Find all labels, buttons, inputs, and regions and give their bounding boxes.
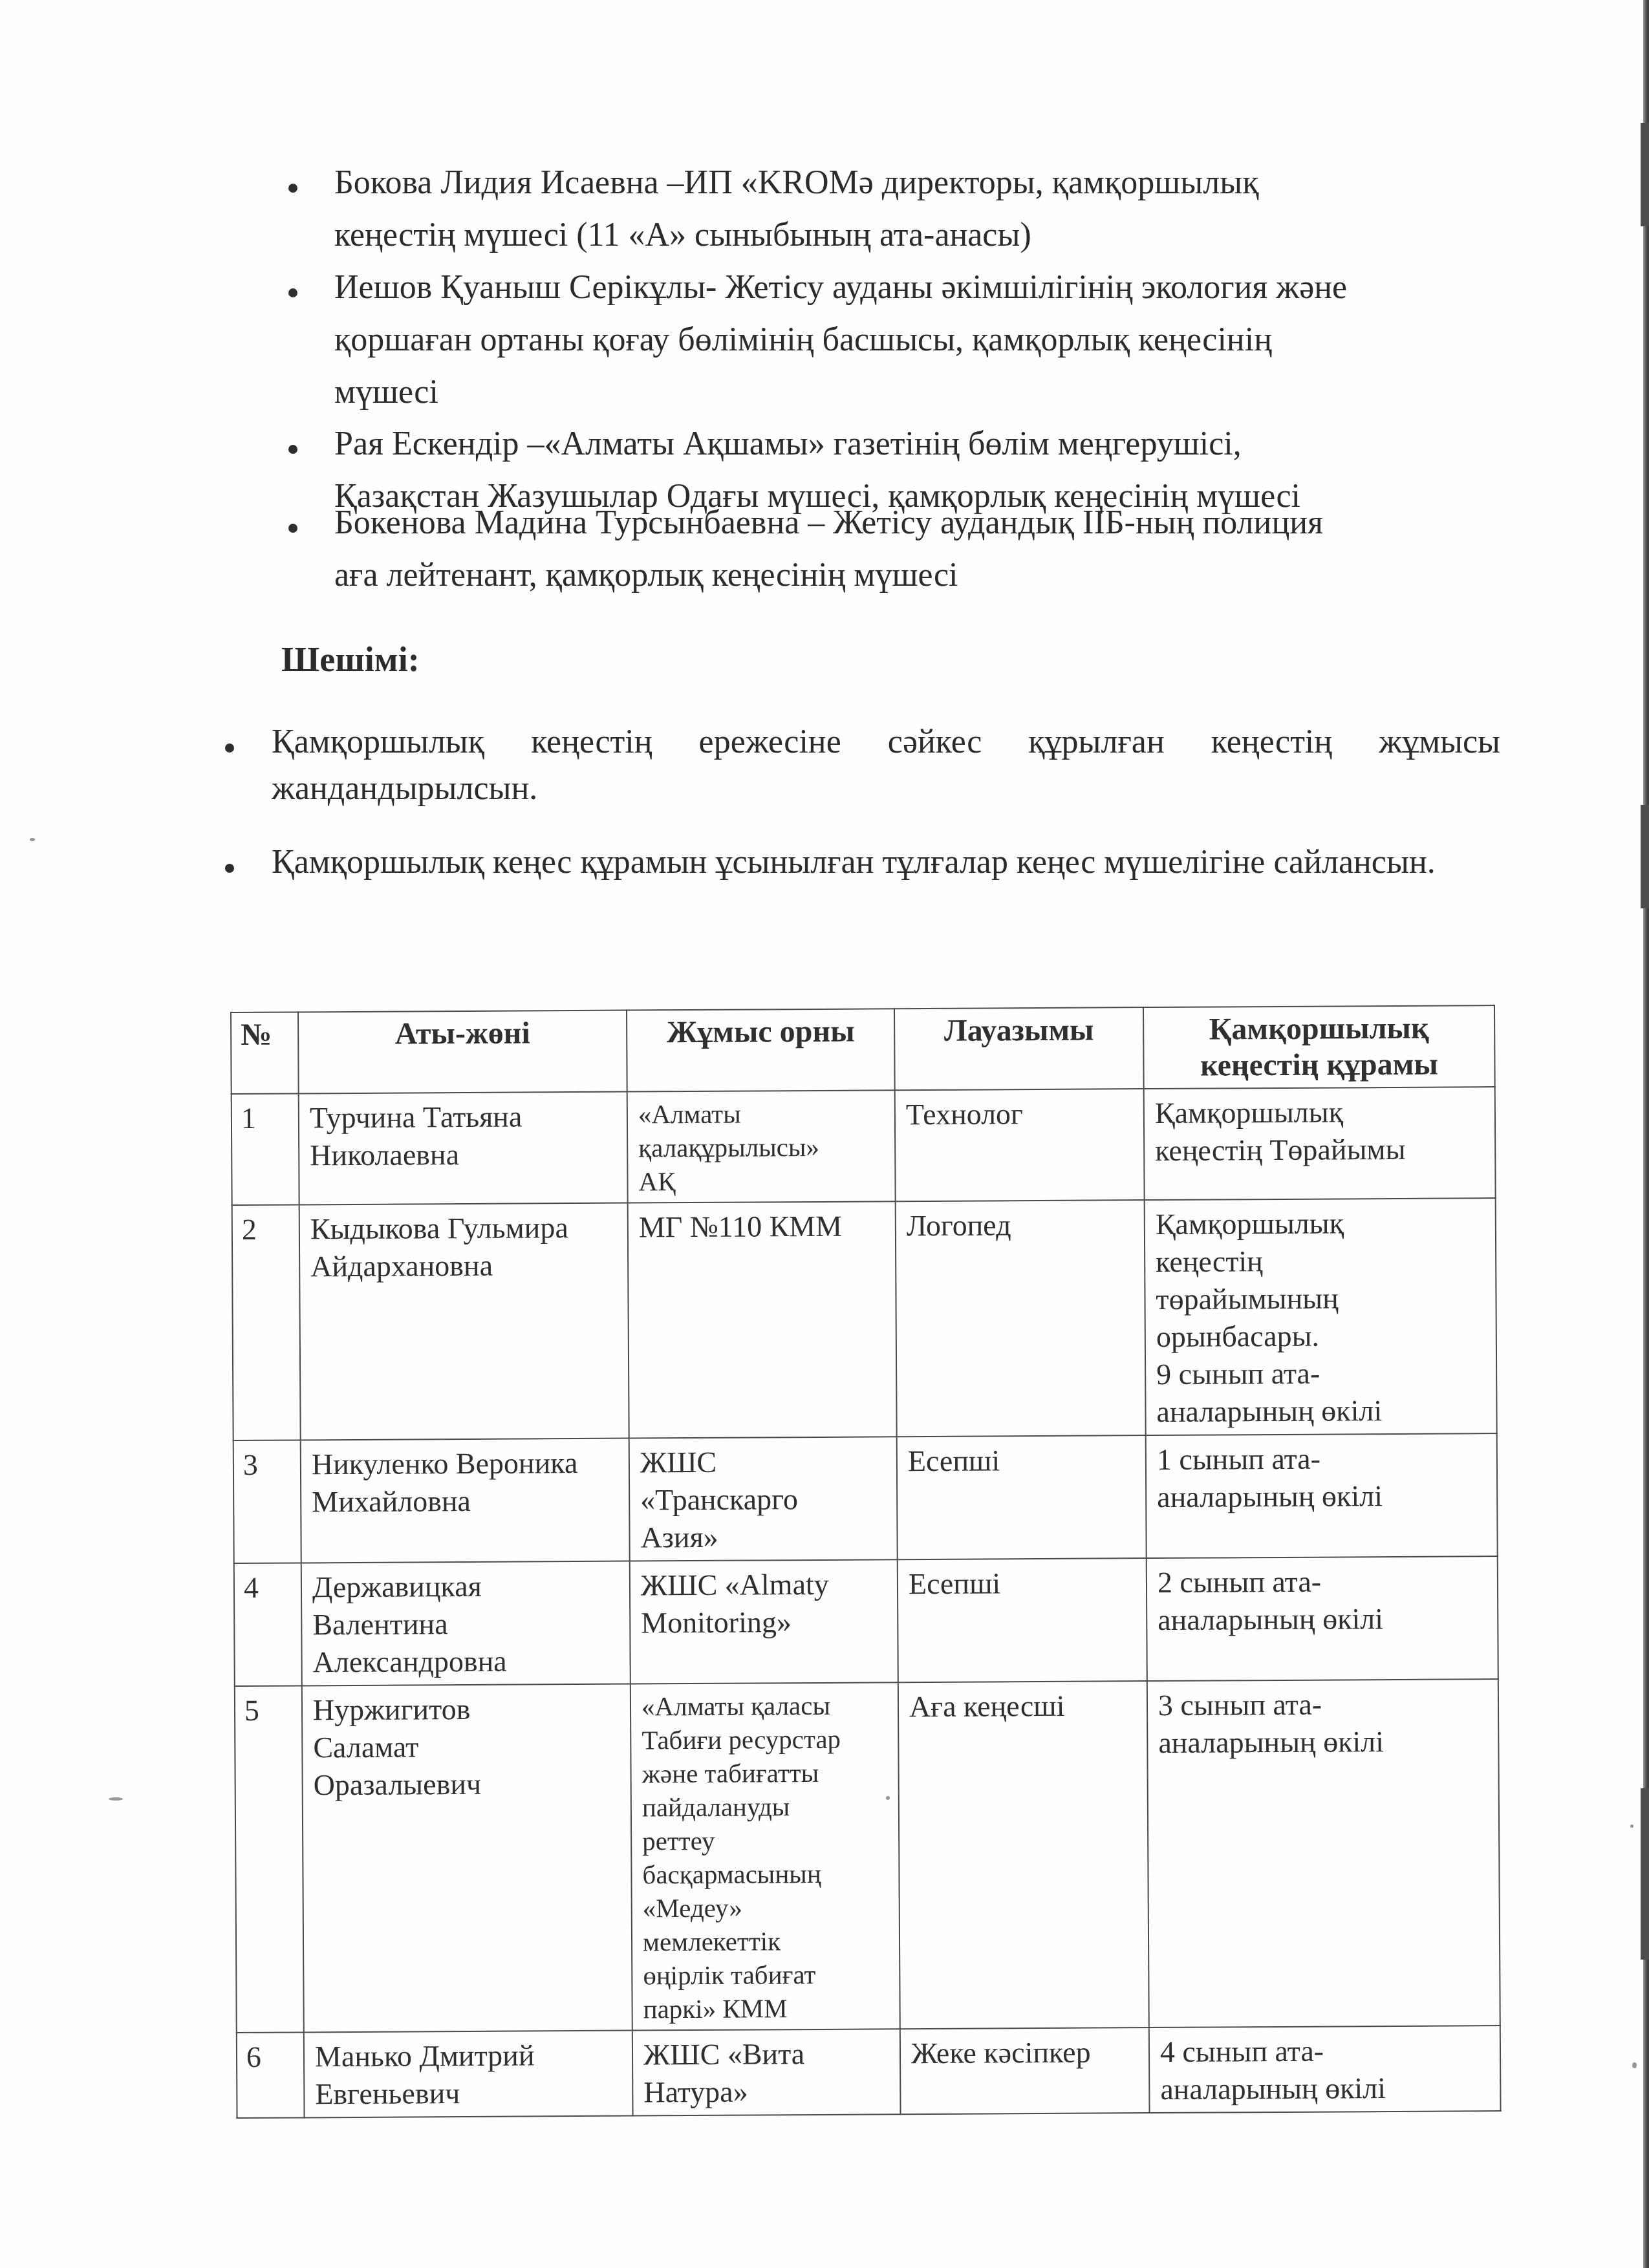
- cell-name: Манько ДмитрийЕвгеньевич: [304, 2031, 633, 2118]
- scan-speck: [1630, 1824, 1633, 1828]
- member-line: аға лейтенант, қамқорлық кеңесінің мүшес…: [334, 549, 1563, 601]
- table-row: 6Манько ДмитрийЕвгеньевичЖШС «ВитаНатура…: [237, 2026, 1501, 2118]
- member-line: кеңестің мүшесі (11 «А» сыныбының ата-ан…: [334, 209, 1563, 261]
- cell-line: 9 сынып ата-: [1156, 1354, 1489, 1393]
- header-number: №: [231, 1012, 299, 1094]
- member-line: Бокенова Мадина Турсынбаевна – Жетісу ау…: [334, 497, 1563, 549]
- header-workplace: Жұмыс орны: [627, 1009, 895, 1091]
- member-line: қоршаған ортаны қоғау бөлімінің басшысы,…: [334, 314, 1563, 366]
- cell-line: Кыдыкова Гульмира: [310, 1209, 621, 1248]
- cell-workplace: МГ №110 КММ: [628, 1201, 897, 1438]
- cell-line: 4 сынып ата-: [1160, 2031, 1493, 2071]
- member-line: Иешов Қуаныш Серікұлы- Жетісу ауданы әкі…: [334, 261, 1563, 314]
- cell-position: Есепші: [897, 1435, 1147, 1559]
- cell-role: Қамқоршылықкеңестіңтөрайымыныңорынбасары…: [1145, 1198, 1497, 1435]
- cell-name: Кыдыкова ГульмираАйдархановна: [299, 1203, 629, 1440]
- cell-line: Monitoring»: [641, 1603, 890, 1642]
- cell-line: және табиғатты: [641, 1755, 891, 1790]
- cell-line: ЖШС «Вита: [643, 2035, 893, 2073]
- cell-role: 3 сынып ата-аналарының өкілі: [1147, 1679, 1500, 2027]
- scan-speck: [109, 1797, 123, 1801]
- member-item: Иешов Қуаныш Серікұлы- Жетісу ауданы әкі…: [334, 261, 1563, 418]
- member-line: Рая Ескендір –«Алматы Ақшамы» газетінің …: [334, 418, 1563, 470]
- cell-line: паркі» КММ: [643, 1991, 892, 2026]
- cell-line: Қамқоршылық: [1156, 1204, 1489, 1243]
- cell-line: аналарының өкілі: [1156, 1391, 1489, 1431]
- decision-item: Қамқоршылық кеңес құрамын ұсынылған тұлғ…: [272, 839, 1500, 886]
- cell-line: Табиғи ресурстар: [641, 1722, 891, 1757]
- table-header-row: № Аты-жөні Жұмыс орны Лауазымы Қамқоршыл…: [231, 1005, 1495, 1094]
- council-table: № Аты-жөні Жұмыс орны Лауазымы Қамқоршыл…: [230, 1005, 1500, 2119]
- cell-line: Турчина Татьяна: [310, 1098, 620, 1137]
- cell-line: 3 сынып ата-: [1158, 1685, 1491, 1724]
- decision-item: Қамқоршылық кеңестің ережесіне сәйкес құ…: [272, 719, 1500, 812]
- cell-line: АҚ: [638, 1163, 888, 1198]
- cell-line: ЖШС: [640, 1442, 890, 1481]
- scan-speck: [1632, 2062, 1637, 2068]
- member-line: Бокова Лидия Исаевна –ИП «KROMә директор…: [334, 156, 1563, 209]
- cell-role: 2 сынып ата-аналарының өкілі: [1147, 1556, 1498, 1681]
- cell-line: 2 сынып ата-: [1158, 1562, 1491, 1601]
- scanner-edge: [1643, 0, 1649, 2268]
- cell-line: Никуленко Вероника: [312, 1444, 622, 1484]
- cell-line: мемлекеттік: [643, 1923, 892, 1958]
- cell-line: Евгеньевич: [315, 2074, 625, 2113]
- cell-line: Манько Дмитрий: [315, 2037, 625, 2076]
- cell-line: МГ №110 КММ: [639, 1207, 889, 1246]
- decision-heading: Шешімі:: [281, 637, 420, 682]
- cell-line: орынбасары.: [1156, 1316, 1489, 1356]
- cell-line: «Медеу»: [643, 1890, 892, 1925]
- cell-line: ЖШС «Almaty: [641, 1565, 890, 1604]
- cell-line: Валентина: [312, 1605, 623, 1644]
- cell-line: өңірлік табиғат: [643, 1957, 892, 1992]
- cell-line: реттеу: [642, 1823, 892, 1857]
- bullet-icon: [288, 524, 297, 533]
- cell-position: Логопед: [896, 1200, 1146, 1437]
- cell-number: 2: [232, 1204, 301, 1440]
- member-item: Бокенова Мадина Турсынбаевна – Жетісу ау…: [334, 497, 1563, 601]
- bullet-icon: [288, 445, 297, 454]
- cell-workplace: ЖШС «ВитаНатура»: [632, 2029, 901, 2115]
- cell-line: Державицкая: [312, 1567, 623, 1607]
- cell-line: «Алматы қаласы: [641, 1688, 891, 1723]
- table-row: 4ДержавицкаяВалентинаАлександровнаЖШС «A…: [234, 1556, 1498, 1686]
- cell-line: 1 сынып ата-: [1157, 1439, 1490, 1479]
- cell-line: Николаевна: [310, 1135, 620, 1175]
- cell-name: ДержавицкаяВалентинаАлександровна: [301, 1561, 630, 1686]
- table-row: 1Турчина ТатьянаНиколаевна«Алматықалақұр…: [232, 1087, 1496, 1205]
- table-row: 5НуржигитовСаламатОразалыевич«Алматы қал…: [235, 1679, 1500, 2033]
- cell-workplace: «Алматықалақұрылысы»АҚ: [627, 1090, 896, 1203]
- cell-number: 5: [235, 1685, 304, 2033]
- cell-role: Қамқоршылықкеңестің Төрайымы: [1144, 1087, 1496, 1200]
- scan-speck: [886, 1796, 890, 1800]
- cell-line: аналарының өкілі: [1157, 1477, 1490, 1516]
- bullet-icon: [225, 864, 234, 873]
- cell-position: Технолог: [895, 1089, 1145, 1201]
- cell-workplace: ЖШС«ТранскаргоАзия»: [629, 1437, 898, 1561]
- cell-workplace: «Алматы қаласыТабиғи ресурстаржәне табиғ…: [630, 1682, 900, 2030]
- bullet-icon: [225, 744, 234, 753]
- cell-line: «Алматы: [638, 1096, 888, 1131]
- cell-line: Михайловна: [312, 1482, 622, 1521]
- cell-line: Саламат: [313, 1728, 623, 1767]
- cell-number: 3: [233, 1440, 301, 1563]
- member-item: Бокова Лидия Исаевна –ИП «KROMә директор…: [334, 156, 1563, 261]
- cell-line: төрайымының: [1156, 1279, 1489, 1318]
- cell-line: басқармасының: [642, 1856, 892, 1891]
- cell-name: Турчина ТатьянаНиколаевна: [299, 1092, 628, 1205]
- cell-name: Никуленко ВероникаМихайловна: [301, 1439, 630, 1563]
- member-line: мүшесі: [334, 366, 1563, 418]
- cell-role: 4 сынып ата-аналарының өкілі: [1149, 2026, 1501, 2113]
- header-position: Лауазымы: [894, 1007, 1144, 1090]
- cell-line: пайдалануды: [642, 1789, 892, 1824]
- cell-line: Натура»: [643, 2072, 893, 2111]
- bullet-icon: [288, 184, 297, 193]
- bullet-icon: [288, 288, 297, 297]
- scan-speck: [30, 838, 35, 841]
- cell-line: Айдархановна: [310, 1246, 621, 1286]
- cell-role: 1 сынып ата-аналарының өкілі: [1146, 1433, 1498, 1558]
- cell-position: Аға кеңесші: [898, 1681, 1149, 2029]
- cell-line: аналарының өкілі: [1158, 1599, 1491, 1639]
- cell-line: Азия»: [640, 1517, 890, 1556]
- cell-workplace: ЖШС «AlmatyMonitoring»: [630, 1559, 898, 1684]
- cell-number: 4: [234, 1563, 302, 1686]
- cell-line: аналарының өкілі: [1160, 2069, 1493, 2108]
- table-row: 3Никуленко ВероникаМихайловнаЖШС«Транска…: [233, 1433, 1498, 1563]
- header-name: Аты-жөні: [298, 1011, 627, 1094]
- cell-position: Жеке кәсіпкер: [900, 2027, 1150, 2114]
- scanned-page: Бокова Лидия Исаевна –ИП «KROMә директор…: [0, 0, 1649, 2268]
- cell-line: аналарының өкілі: [1158, 1722, 1491, 1762]
- cell-line: Оразалыевич: [314, 1765, 624, 1804]
- table-body: 1Турчина ТатьянаНиколаевна«Алматықалақұр…: [232, 1087, 1501, 2118]
- cell-line: Қамқоршылық: [1155, 1093, 1488, 1132]
- cell-line: «Транскарго: [640, 1480, 890, 1519]
- table-row: 2Кыдыкова ГульмираАйдархановнаМГ №110 КМ…: [232, 1198, 1497, 1440]
- cell-name: НуржигитовСаламатОразалыевич: [302, 1684, 632, 2033]
- header-role: Қамқоршылық кеңестің құрамы: [1143, 1005, 1495, 1089]
- cell-number: 1: [232, 1093, 299, 1205]
- cell-number: 6: [237, 2032, 305, 2118]
- cell-line: кеңестің Төрайымы: [1155, 1130, 1488, 1170]
- cell-line: кеңестің: [1156, 1241, 1489, 1281]
- cell-line: Нуржигитов: [313, 1690, 623, 1729]
- cell-position: Есепші: [898, 1558, 1147, 1682]
- cell-line: Александровна: [312, 1642, 623, 1682]
- cell-line: қалақұрылысы»: [638, 1129, 888, 1164]
